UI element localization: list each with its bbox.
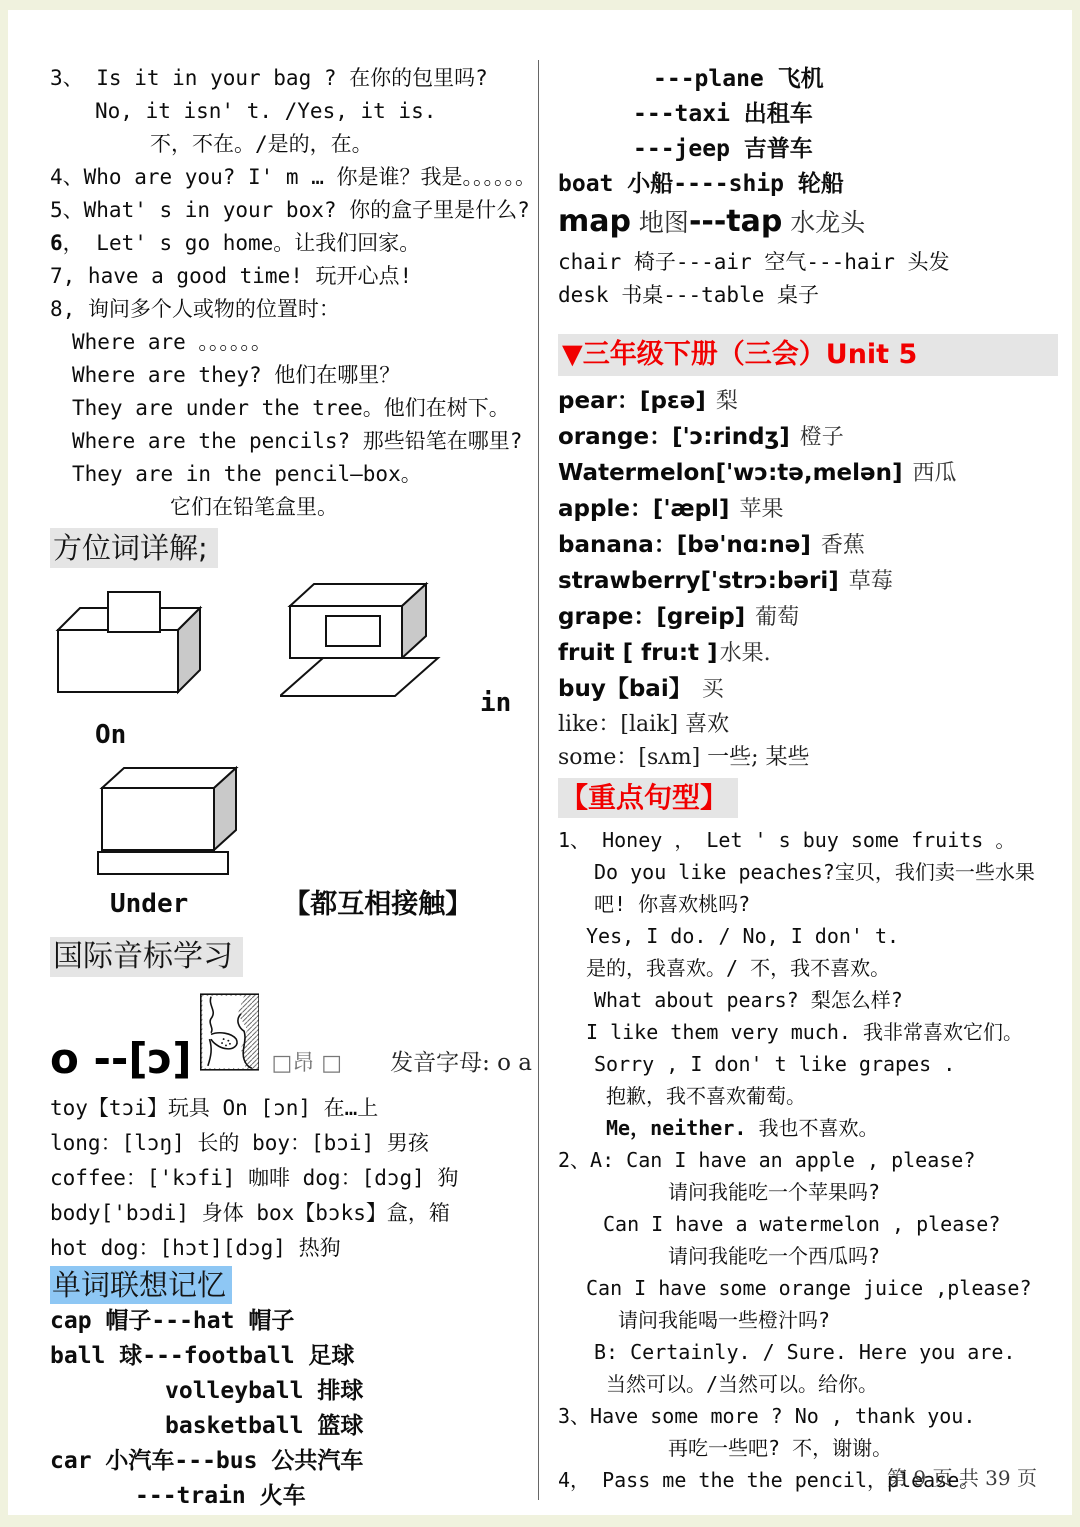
vocab-line: fruit [ fru:t ]水果. xyxy=(558,636,1058,672)
page-number-footer: 第 9 页 共 39 页 xyxy=(887,1462,1037,1491)
sentence-line: 当然可以。/当然可以。给你。 xyxy=(558,1368,1058,1400)
text-line: hot dog：[hɔt][dɔg] 热狗 xyxy=(50,1231,532,1266)
document-page: 3、 Is it in your bag ? 在你的包里吗? No, it is… xyxy=(0,0,1080,1527)
text-line: 3、 Is it in your bag ? 在你的包里吗? xyxy=(50,62,532,95)
vocab-zh: 梨 xyxy=(706,389,738,414)
text-line: ---taxi 出租车 xyxy=(558,97,1058,132)
text-line: car 小汽车---bus 公共汽车 xyxy=(50,1444,532,1479)
text-line: long：[lɔŋ] 长的 boy：[bɔi] 男孩 xyxy=(50,1126,532,1161)
on-label: On xyxy=(50,718,220,752)
text-line: They are under the tree。他们在树下。 xyxy=(50,392,532,425)
text-line: They are in the pencil—box。 xyxy=(50,458,532,491)
me-neither-bold: Me，neither. xyxy=(606,1116,746,1140)
text-line: ---plane 飞机 xyxy=(558,62,1058,97)
vocab-zh: 草莓 xyxy=(839,569,893,594)
text-line: toy【tɔi】玩具 On [ɔn] 在…上 xyxy=(50,1091,532,1126)
text-line: No, it isn' t. /Yes, it is. xyxy=(50,95,532,128)
sentence-line: 请问我能吃一个西瓜吗? xyxy=(558,1240,1058,1272)
map-word-zh: 地图 xyxy=(631,208,689,237)
text-line: ---jeep 吉普车 xyxy=(558,132,1058,167)
tap-word: ---tap xyxy=(689,204,782,239)
sentence-line: Yes, I do. / No, I don' t. xyxy=(558,920,1058,952)
vocab-en: Watermelon['wɔ:tə,melən] xyxy=(558,460,903,486)
sentence-line: 3、Have some more ? No , thank you. xyxy=(558,1400,1058,1432)
map-word: map xyxy=(558,204,631,239)
highlighted-title: 国际音标学习 xyxy=(50,937,243,977)
vocab-line-light: some：[sʌm] 一些; 某些 xyxy=(558,741,1058,774)
text-line: coffee：['kɔfi] 咖啡 dog：[dɔg] 狗 xyxy=(50,1161,532,1196)
text-line: ， Let' s go home。让我们回家。 xyxy=(63,231,421,255)
section-title-phonetic: 国际音标学习 xyxy=(50,937,532,977)
text-line: Where are the pencils? 那些铅笔在哪里? xyxy=(50,425,532,458)
text-line: ---train 火车 xyxy=(50,1479,532,1514)
text-line: 6， Let' s go home。让我们回家。 xyxy=(50,227,532,260)
tap-word-zh: 水龙头 xyxy=(782,208,865,237)
sentence-line: 请问我能吃一个苹果吗? xyxy=(558,1176,1058,1208)
text-line: volleyball 排球 xyxy=(50,1374,532,1409)
section-title-assoc: 单词联想记忆 xyxy=(50,1266,532,1304)
text-line: cap 帽子---hat 帽子 xyxy=(50,1304,532,1339)
text-line: 它们在铅笔盒里。 xyxy=(50,491,532,524)
sentence-line: B: Certainly. / Sure. Here you are. xyxy=(558,1336,1058,1368)
phonetic-symbol: o --[ɔ] xyxy=(50,1037,192,1081)
on-box-diagram xyxy=(50,578,220,718)
sentence-line: Me，neither. 我也不喜欢。 xyxy=(558,1112,1058,1144)
sentence-line: 再吃一些吧? 不，谢谢。 xyxy=(558,1432,1058,1464)
highlighted-title: 方位词详解; xyxy=(50,528,218,568)
sentence-line: 请问我能喝一些橙汁吗? xyxy=(558,1304,1058,1336)
sentence-line: Do you like peaches?宝贝，我们卖一些水果 xyxy=(558,856,1058,888)
vocab-line: apple：['æpl]苹果 xyxy=(558,492,1058,528)
sentence-line: 吧! 你喜欢桃吗? xyxy=(558,888,1058,920)
text-line: 不，不在。/是的，在。 xyxy=(50,128,532,161)
in-box-diagram xyxy=(280,578,480,728)
vocab-en: pear：[pɛə] xyxy=(558,388,706,414)
position-diagrams-row: On in xyxy=(50,578,532,752)
vocab-line: strawberry['strɔ:bəri]草莓 xyxy=(558,564,1058,600)
text-line: chair 椅子---air 空气---hair 头发 xyxy=(558,246,1058,279)
touch-note: 【都互相接触】 xyxy=(283,882,472,921)
sentence-line: I like them very much. 我非常喜欢它们。 xyxy=(558,1016,1058,1048)
sentence-line: 是的，我喜欢。/ 不，我不喜欢。 xyxy=(558,952,1058,984)
vocab-zh: 西瓜 xyxy=(903,461,957,486)
content-sheet: 3、 Is it in your bag ? 在你的包里吗? No, it is… xyxy=(8,10,1072,1515)
section-title-fangwei: 方位词详解; xyxy=(50,528,532,568)
sentence-line: Can I have some orange juice ,please? xyxy=(558,1272,1058,1304)
text-line: body['bɔdi] 身体 box【bɔks】盒，箱 xyxy=(50,1196,532,1231)
column-divider-line xyxy=(538,60,539,1500)
under-labels-row: Under 【都互相接触】 xyxy=(50,882,532,921)
in-label: in xyxy=(480,686,511,728)
vocab-zh: 葡萄 xyxy=(745,605,799,630)
text-line: basketball 篮球 xyxy=(50,1409,532,1444)
phonetic-row: o --[ɔ] □昂 □ xyxy=(50,983,532,1081)
vocab-zh: 香蕉 xyxy=(811,533,865,558)
vocab-line: buy【bai】买 xyxy=(558,672,1058,708)
vocab-en: strawberry['strɔ:bəri] xyxy=(558,568,839,594)
left-column: 3、 Is it in your bag ? 在你的包里吗? No, it is… xyxy=(50,62,532,1514)
text-line: 4、Who are you? I' m … 你是谁？我是。。。。。。 xyxy=(50,161,532,194)
under-label: Under xyxy=(50,887,188,921)
vocab-line-light: like：[laik] 喜欢 xyxy=(558,708,1058,741)
phonetic-annotation: □昂 □ xyxy=(259,1046,342,1081)
sentence-line: 抱歉，我不喜欢葡萄。 xyxy=(558,1080,1058,1112)
vocab-line: grape：[greip]葡萄 xyxy=(558,600,1058,636)
key-sentences-header: 【重点句型】 xyxy=(558,778,738,818)
sentence-line: Sorry , I don' t like grapes . xyxy=(558,1048,1058,1080)
sentence-line: 2、A: Can I have an apple , please? xyxy=(558,1144,1058,1176)
vocab-line: orange：['ɔ:rindʒ]橙子 xyxy=(558,420,1058,456)
highlighted-title-blue: 单词联想记忆 xyxy=(50,1266,232,1304)
vocab-zh: 橙子 xyxy=(790,425,844,450)
vocab-line: pear：[pɛə]梨 xyxy=(558,384,1058,420)
mouth-articulation-diagram xyxy=(200,983,260,1081)
in-diagram-block: in xyxy=(280,578,511,728)
vocab-line: Watermelon['wɔ:tə,melən]西瓜 xyxy=(558,456,1058,492)
phonetic-letters: 发音字母: o a xyxy=(342,1044,532,1081)
text-line: 8, 询问多个人或物的位置时： xyxy=(50,293,532,326)
unit5-section-header: ▼三年级下册（三会）Unit 5 xyxy=(558,334,1058,376)
in-diagram-wrap: in xyxy=(280,578,511,728)
vocab-en: orange：['ɔ:rindʒ] xyxy=(558,424,790,450)
sentence-line: Can I have a watermelon , please? xyxy=(558,1208,1058,1240)
text-line: boat 小船----ship 轮船 xyxy=(558,167,1058,202)
text-line: Where are they? 他们在哪里？ xyxy=(50,359,532,392)
vocab-en: fruit [ fru:t ] xyxy=(558,640,718,666)
right-column: ---plane 飞机 ---taxi 出租车 ---jeep 吉普车 boat… xyxy=(558,62,1058,1496)
vocab-en: apple：['æpl] xyxy=(558,496,729,522)
sentence-line: What about pears? 梨怎么样? xyxy=(558,984,1058,1016)
text-line: 5、What' s in your box? 你的盒子里是什么? xyxy=(50,194,532,227)
vocab-en: buy【bai】 xyxy=(558,676,692,702)
vocab-zh: 苹果 xyxy=(729,497,783,522)
vocab-zh: 水果. xyxy=(718,641,771,666)
text-line: desk 书桌---table 桌子 xyxy=(558,279,1058,312)
text-line: Where are 。。。。。。 xyxy=(50,326,532,359)
under-box-diagram xyxy=(90,758,270,880)
text-line: 7, have a good time! 玩开心点! xyxy=(50,260,532,293)
under-diagram-block: Under 【都互相接触】 xyxy=(50,758,532,921)
vocab-en: grape：[greip] xyxy=(558,604,745,630)
on-diagram-block: On xyxy=(50,578,220,752)
vocab-line: banana：[bə'nɑ:nə]香蕉 xyxy=(558,528,1058,564)
vocab-en: banana：[bə'nɑ:nə] xyxy=(558,532,811,558)
vocab-zh: 买 xyxy=(692,677,724,702)
text-line: ball 球---football 足球 xyxy=(50,1339,532,1374)
bold-number: 6 xyxy=(50,231,63,255)
me-neither-zh: 我也不喜欢。 xyxy=(746,1116,878,1140)
sentence-line: 1、 Honey ， Let ' s buy some fruits 。 xyxy=(558,824,1058,856)
map-tap-line: map 地图---tap 水龙头 xyxy=(558,202,1058,246)
key-sentences-header-wrap: 【重点句型】 xyxy=(558,774,1058,824)
